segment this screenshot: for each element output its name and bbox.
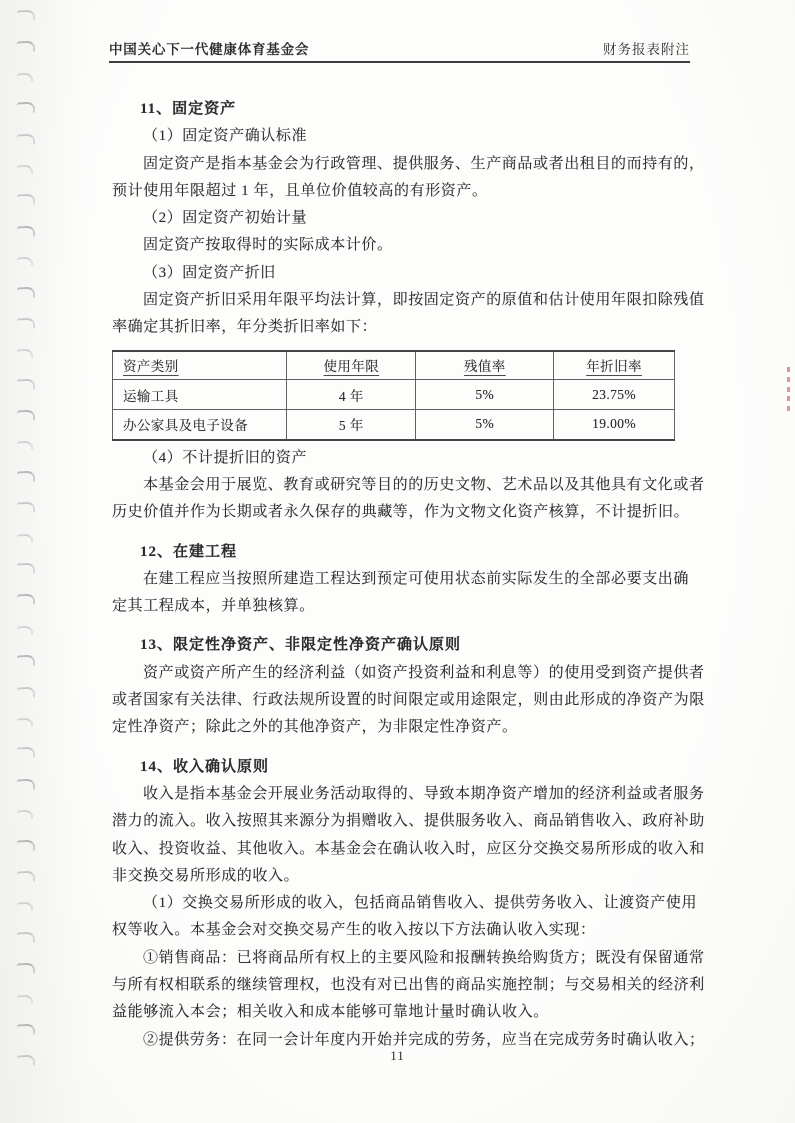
binding-hole-mark [17,318,35,330]
binding-hole-mark [17,994,33,1004]
binding-hole-mark [17,349,33,359]
red-dash [787,406,790,411]
red-dash [787,396,790,401]
binding-hole-mark [17,165,33,175]
binding-hole-mark [17,594,35,606]
text-line: 益能够流入本会；相关收入和成本能够可靠地计量时确认收入。 [112,999,690,1026]
cell-useful-life: 5 年 [287,410,416,440]
binding-hole-mark [17,871,35,883]
text-line: 权等收入。本基金会对交换交易产生的收入按以下方法确认收入实现： [112,917,690,944]
text-line: （2）固定资产初始计量 [112,205,690,232]
text-line: （4）不计提折旧的资产 [112,445,690,472]
page-header: 中国关心下一代健康体育基金会 财务报表附注 [109,40,690,63]
text-line: 非交换交易所形成的收入。 [112,863,690,890]
cell-useful-life: 4 年 [287,380,416,410]
section-heading: 14、收入确认原则 [112,754,690,781]
binding-hole-mark [17,471,35,483]
col-header-useful-life: 使用年限 [287,351,416,380]
red-dash [787,367,790,372]
header-doc-title: 财务报表附注 [603,38,690,58]
text-line: 收入、投资收益、其他收入。本基金会在确认收入时，应区分交换交易所形成的收入和 [112,836,690,863]
binding-hole-mark [17,686,35,698]
text-line: 固定资产折旧采用年限平均法计算，即按固定资产的原值和估计使用年限扣除残值 [112,287,690,314]
cell-asset-class: 办公家具及电子设备 [113,410,287,440]
binding-hole-mark [17,73,33,83]
text-line: 历史价值并作为长期或者永久保存的典藏等，作为文物文化资产核算，不计提折旧。 [112,499,690,526]
col-header-annual-rate: 年折旧率 [554,351,675,380]
text-blocks-top: 11、固定资产（1）固定资产确认标准固定资产是指本基金会为行政管理、提供服务、生… [112,96,690,342]
section-heading: 11、固定资产 [112,96,690,123]
header-org-name: 中国关心下一代健康体育基金会 [109,38,309,58]
binding-hole-mark [17,839,35,851]
table-row: 运输工具 4 年 5% 23.75% [113,380,675,410]
binding-hole-mark [17,41,35,53]
binding-hole-mark [17,441,33,451]
binding-hole-mark [17,133,35,145]
binding-hole-mark [17,655,35,667]
section-heading: 13、限定性净资产、非限定性净资产确认原则 [112,632,690,659]
binding-hole-mark [17,10,35,22]
text-line: 或者国家有关法律、行政法规所设置的时间限定或用途限定，则由此形成的净资产为限 [112,687,690,714]
binding-hole-mark [17,225,35,237]
text-line: 定其工程成本，并单独核算。 [112,593,690,620]
binding-hole-mark [17,718,33,728]
cell-annual-rate: 19.00% [554,410,675,440]
text-line: 预计使用年限超过 1 年，且单位价值较高的有形资产。 [112,178,690,205]
binding-hole-mark [17,194,35,206]
text-line: （1）交换交易所形成的收入，包括商品销售收入、提供劳务收入、让渡资产使用 [112,890,690,917]
binding-hole-mark [17,410,35,422]
text-line: ①销售商品：已将商品所有权上的主要风险和报酬转换给购货方；既没有保留通常 [112,945,690,972]
text-line: 固定资产是指本基金会为行政管理、提供服务、生产商品或者出租目的而持有的， [112,151,690,178]
depreciation-table-body: 运输工具 4 年 5% 23.75% 办公家具及电子设备 5 年 5% 19.0… [113,380,675,440]
text-line: 定性净资产；除此之外的其他净资产，为非限定性净资产。 [112,714,690,741]
binding-hole-mark [17,533,33,543]
binding-hole-mark [17,747,35,759]
binding-hole-mark [17,502,35,514]
binding-hole-mark [17,257,33,267]
binding-hole-mark [17,626,33,636]
binding-hole-mark [17,963,35,975]
red-edge-mark [787,367,791,411]
text-line: 在建工程应当按照所建造工程达到预定可使用状态前实际发生的全部必要支出确 [112,566,690,593]
cell-residual-rate: 5% [416,380,554,410]
cell-annual-rate: 23.75% [554,380,675,410]
text-line: 与所有权相联系的继续管理权，也没有对已出售的商品实施控制；与交易相关的经济利 [112,972,690,999]
text-line: 潜力的流入。收入按照其来源分为捐赠收入、提供服务收入、商品销售收入、政府补助 [112,808,690,835]
col-header-residual-rate: 残值率 [416,351,554,380]
binding-hole-mark [17,286,35,298]
table-row: 办公家具及电子设备 5 年 5% 19.00% [113,410,675,440]
section-heading: 12、在建工程 [112,539,690,566]
binding-hole-mark [17,102,35,114]
page-number: 11 [0,1048,795,1064]
binding-marks-strip [17,10,67,1115]
table-header-row: 资产类别 使用年限 残值率 年折旧率 [113,351,675,380]
binding-hole-mark [17,902,33,912]
binding-hole-mark [17,563,35,575]
text-line: 固定资产按取得时的实际成本计价。 [112,232,690,259]
depreciation-table: 资产类别 使用年限 残值率 年折旧率 运输工具 4 年 5% 23.75% 办公… [112,350,675,441]
col-header-asset-class: 资产类别 [113,351,287,380]
red-dash [787,387,790,392]
red-dash [787,377,790,382]
depreciation-table-header: 资产类别 使用年限 残值率 年折旧率 [113,351,675,380]
binding-hole-mark [17,778,35,790]
text-line: 率确定其折旧率，年分类折旧率如下： [112,314,690,341]
binding-hole-mark [17,810,33,820]
text-line: （3）固定资产折旧 [112,260,690,287]
text-line: 本基金会用于展览、教育或研究等目的的历史文物、艺术品以及其他具有文化或者 [112,472,690,499]
text-blocks-bottom: （4）不计提折旧的资产本基金会用于展览、教育或研究等目的的历史文物、艺术品以及其… [112,445,690,1054]
binding-hole-mark [17,931,35,943]
text-line: （1）固定资产确认标准 [112,123,690,150]
binding-hole-mark [17,1024,35,1036]
text-line: 资产或资产所产生的经济利益（如资产投资利益和利息等）的使用受到资产提供者 [112,660,690,687]
cell-asset-class: 运输工具 [113,380,287,410]
document-body: 11、固定资产（1）固定资产确认标准固定资产是指本基金会为行政管理、提供服务、生… [112,84,690,1054]
text-line: 收入是指本基金会开展业务活动取得的、导致本期净资产增加的经济利益或者服务 [112,781,690,808]
cell-residual-rate: 5% [416,410,554,440]
document-page: 中国关心下一代健康体育基金会 财务报表附注 11、固定资产（1）固定资产确认标准… [0,0,795,1123]
binding-hole-mark [17,378,35,390]
